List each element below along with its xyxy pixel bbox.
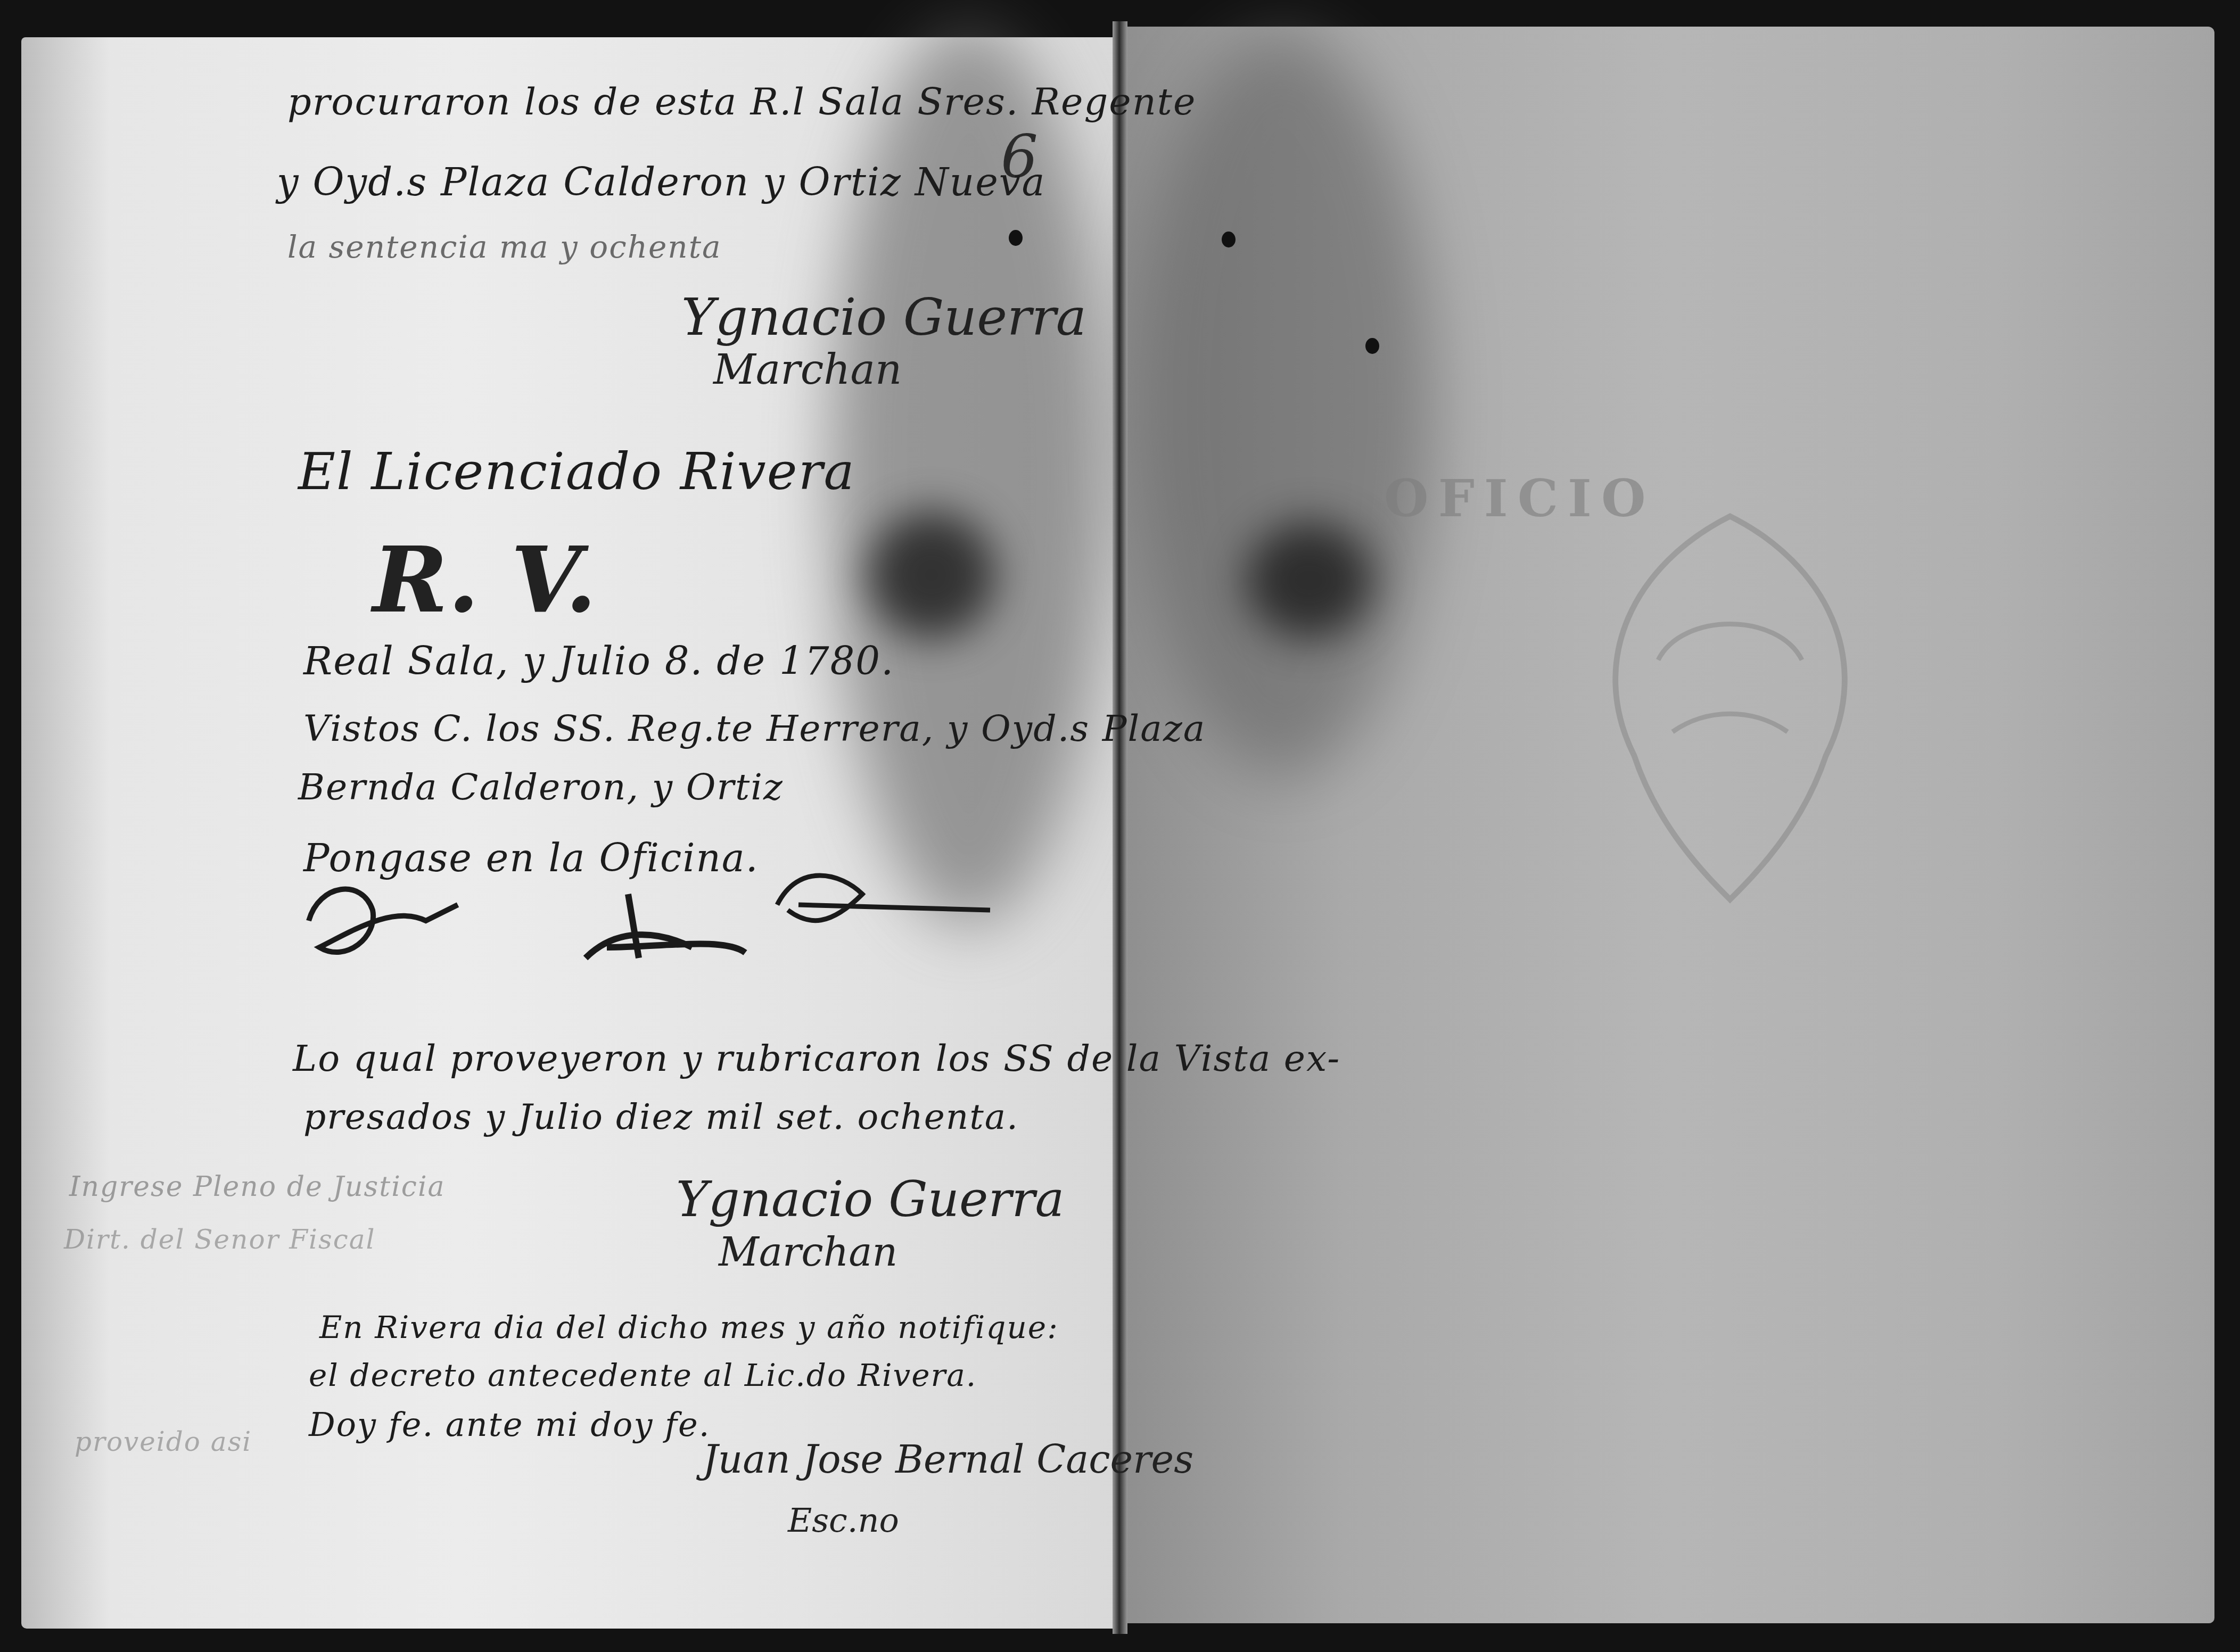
book-gutter [1113, 21, 1127, 1634]
text-line: el decreto antecedente al Lic.do Rivera. [309, 1357, 977, 1393]
water-stain-right [1134, 32, 1432, 777]
text-line: El Licenciado Rivera [298, 442, 855, 501]
text-line: Doy fe. ante mi doy fe. [309, 1405, 710, 1444]
marginal-note: proveido asi [75, 1426, 252, 1457]
date-line: Real Sala, y Julio 8. de 1780. [303, 639, 894, 683]
signature-name: Ygnacio Guerra [676, 1171, 1064, 1228]
rubric-flourishes [287, 841, 1033, 1001]
text-line: Vistos C. los SS. Reg.te Herrera, y Oyd.… [303, 708, 1206, 750]
text-line: En Rivera dia del dicho mes y año notifi… [319, 1309, 1059, 1345]
text-line: Lo qual proveyeron y rubricaron los SS d… [293, 1038, 1340, 1080]
text-line: la sentencia ma y ochenta [287, 229, 722, 265]
water-stain [830, 21, 1107, 926]
signature-surname: Marchan [719, 1229, 897, 1275]
dark-blot [868, 511, 995, 639]
dark-blot-right [1246, 522, 1373, 639]
text-line: y Oyd.s Plaza Calderon y Ortiz Nueva [277, 160, 1045, 204]
ink-dot [1222, 232, 1236, 247]
signature-name: Ygnacio Guerra [681, 287, 1086, 347]
rubric-initials: R. V. [373, 527, 597, 633]
watermark-crest-icon [1490, 468, 1970, 947]
notary-signature: Juan Jose Bernal Caceres [703, 1437, 1193, 1482]
ink-dot [1009, 230, 1023, 246]
signature-surname: Marchan [713, 346, 902, 394]
notary-title: Esc.no [788, 1501, 899, 1540]
text-line: procuraron los de esta R.l Sala Sres. Re… [287, 80, 1196, 123]
marginal-note: Dirt. del Senor Fiscal [64, 1224, 375, 1255]
ink-dot [1365, 338, 1379, 354]
text-line: presados y Julio diez mil set. ochenta. [303, 1096, 1019, 1137]
marginal-note: Ingrese Pleno de Justicia [69, 1171, 446, 1203]
text-line: Bernda Calderon, y Ortiz [298, 766, 784, 808]
